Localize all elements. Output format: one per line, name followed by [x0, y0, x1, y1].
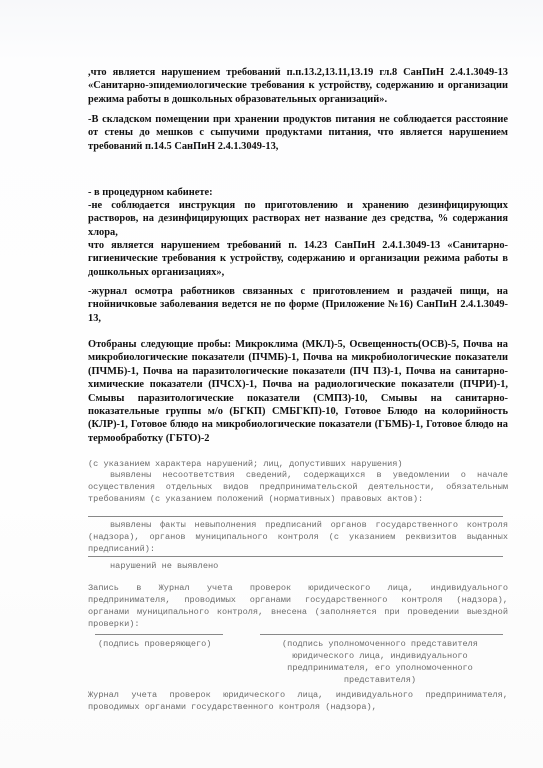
mismatch-text: выявлены несоответствия сведений, содерж… — [88, 469, 508, 505]
divider-line — [88, 556, 503, 557]
signature-label-inspector: (подпись проверяющего) — [98, 638, 228, 650]
signature-label-representative: (подпись уполномоченного представителя ю… — [270, 638, 490, 686]
no-violations-text: нарушений не выявлено — [88, 560, 508, 572]
signature-line-representative — [260, 634, 503, 635]
orders-text: выявлены факты невыполнения предписаний … — [88, 519, 508, 555]
paragraph-procedure-heading: - в процедурном кабинете: — [88, 186, 508, 199]
paragraph-samples: Отобраны следующие пробы: Микроклима (МК… — [88, 338, 508, 445]
paragraph-violation-13: ,что является нарушением требований п.п.… — [88, 66, 508, 106]
journal-footer-text: Журнал учета проверок юридического лица,… — [88, 689, 508, 713]
paragraph-violation-1423: что является нарушением требований п. 14… — [88, 239, 508, 279]
paragraph-disinfection: -не соблюдается инструкция по приготовле… — [88, 199, 508, 239]
paragraph-journal-inspection: -журнал осмотра работников связанных с п… — [88, 285, 508, 325]
divider-line — [88, 516, 503, 517]
document-page: ,что является нарушением требований п.п.… — [0, 0, 543, 768]
signature-line-inspector — [95, 634, 223, 635]
paragraph-storage-room: -В складском помещении при хранении прод… — [88, 113, 508, 153]
journal-entry-text: Запись в Журнал учета проверок юридическ… — [88, 582, 508, 630]
